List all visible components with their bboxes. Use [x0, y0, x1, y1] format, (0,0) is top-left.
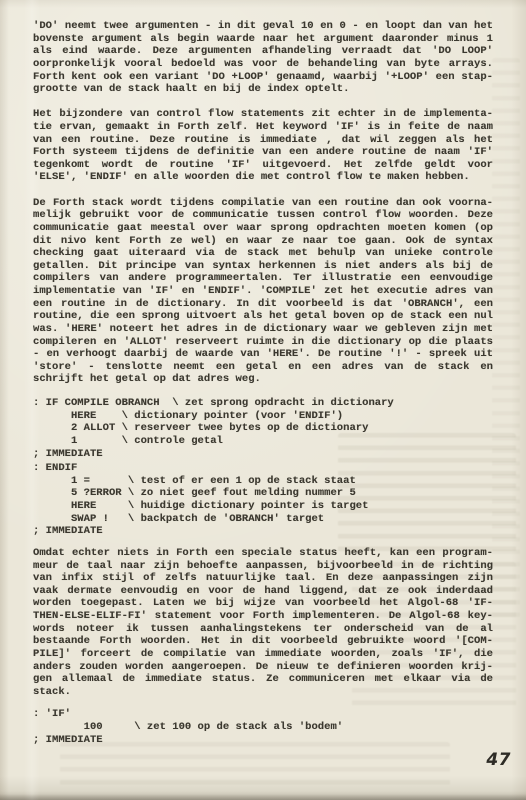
text-line: compilers van andere programmeertalen. T… [33, 272, 493, 285]
text-line: van infix stijl of zelfs natuurlijke taa… [33, 572, 493, 585]
code-line: : IF COMPILE OBRANCH \ zet sprong opdrac… [33, 397, 493, 410]
text-line: communicatie gaat meestal over waar spro… [33, 222, 493, 235]
text-line: Forth systeem tijdens de definitie van e… [33, 146, 493, 159]
text-line: - en verhoogt daarbij de waarde van 'HER… [33, 348, 493, 361]
page-number: 47 [486, 750, 511, 770]
text-line: grootte van de stack haalt en bij de ind… [33, 83, 493, 96]
text-line: anders zouden worden aangeroepen. De nie… [33, 661, 493, 674]
code-line: ; IMMEDIATE [33, 448, 493, 461]
paragraph-customization: Omdat echter niets in Forth een speciale… [33, 547, 493, 699]
scanned-document-page: 'DO' neemt twee argumenten - in dit geva… [0, 0, 526, 800]
text-line: stack. [33, 686, 493, 699]
text-line: getallen. Dit principe van syntax herken… [33, 260, 493, 273]
paragraph-control-flow: Het bijzondere van control flow statemen… [33, 108, 493, 184]
code-line: ; IMMEDIATE [33, 525, 493, 538]
text-line: tegenkomt wordt de routine 'IF' uitgevoe… [33, 159, 493, 172]
text-line: implementatie van 'IF' en 'ENDIF'. 'COMP… [33, 285, 493, 298]
text-line: worden toegepast. Laten we bij wijze van… [33, 597, 493, 610]
text-line: was. 'HERE' noteert het adres in de dict… [33, 323, 493, 336]
code-line: 5 ?ERROR \ zo niet geef fout melding num… [33, 487, 493, 500]
code-line: : 'IF' [33, 708, 493, 721]
code-line: ; IMMEDIATE [33, 734, 493, 747]
text-line: een routine in de dictionary. In dit voo… [33, 298, 493, 311]
text-line: Omdat echter niets in Forth een speciale… [33, 547, 493, 560]
text-line: PILE]' forceert de compilatie van immedi… [33, 648, 493, 661]
code-endif-definition: : ENDIF 1 = \ test of er een 1 op de sta… [33, 462, 493, 538]
text-line: van een routine. Deze routine is immedia… [33, 134, 493, 147]
text-segment: van een routine. Deze routine is [33, 134, 260, 146]
text-line: melijk gebruikt voor de communicatie tus… [33, 209, 493, 222]
underlined-word: immediate [260, 134, 317, 147]
text-line: 'store' - tenslotte neemt een getal en e… [33, 361, 493, 374]
page-text: 'DO' neemt twee argumenten - in dit geva… [33, 20, 493, 746]
code-line: : ENDIF [33, 462, 493, 475]
bleed-through-texture [60, 742, 450, 788]
text-line: tie ervan, gemaakt in Forth zelf. Het ke… [33, 121, 493, 134]
text-line: gen allemaal de immediate status. Ze com… [33, 673, 493, 686]
text-line: THEN-ELSE-ELIF-FI' statement voor Forth … [33, 610, 493, 623]
paragraph-do-loop: 'DO' neemt twee argumenten - in dit geva… [33, 20, 493, 96]
text-line: words noteer ik tussen aanhalingstekens … [33, 623, 493, 636]
text-segment: , dat wil zeggen als het [317, 134, 493, 146]
text-line: bovenste argument als begin waarde naar … [33, 33, 493, 46]
text-line: meur de taal naar zijn behoefte aanpasse… [33, 560, 493, 573]
code-line: 100 \ zet 100 op de stack als 'bodem' [33, 721, 493, 734]
code-line: HERE \ huidige dictionary pointer is tar… [33, 500, 493, 513]
code-line: 1 \ controle getal [33, 435, 493, 448]
code-if-definition: : IF COMPILE OBRANCH \ zet sprong opdrac… [33, 397, 493, 460]
code-line: SWAP ! \ backpatch de 'OBRANCH' target [33, 513, 493, 526]
text-line: als eind waarde. Deze argumenten afhande… [33, 45, 493, 58]
text-line: dit nivo kent Forth ze wel) en waar ze n… [33, 235, 493, 248]
text-line: De Forth stack wordt tijdens compilatie … [33, 197, 493, 210]
text-line: checking gaat uiteraard via de stack met… [33, 247, 493, 260]
text-line: 'ELSE', 'ENDIF' en alle woorden die met … [33, 171, 493, 184]
paragraph-forth-stack: De Forth stack wordt tijdens compilatie … [33, 197, 493, 386]
text-line: Forth kent ook een variant 'DO +LOOP' ge… [33, 71, 493, 84]
text-line: compileren en 'ALLOT' reserveert ruimte … [33, 336, 493, 349]
code-line: 1 = \ test of er een 1 op de stack staat [33, 475, 493, 488]
text-line: routine, die een sprong uitvoert als het… [33, 310, 493, 323]
text-line: schrijft het getal op dat adres weg. [33, 373, 493, 386]
code-quoted-if-definition: : 'IF' 100 \ zet 100 op de stack als 'bo… [33, 708, 493, 746]
bleed-through-texture [492, 58, 520, 618]
scan-bottom-shadow [0, 794, 526, 800]
text-line: vaak dermate eenvoudig en voor de hand l… [33, 585, 493, 598]
text-line: 'DO' neemt twee argumenten - in dit geva… [33, 20, 493, 33]
text-line: bestaande Forth woorden. Het in dit voor… [33, 635, 493, 648]
code-line: HERE \ dictionary pointer (voor 'ENDIF') [33, 410, 493, 423]
text-line: Het bijzondere van control flow statemen… [33, 108, 493, 121]
text-line: oorpronkelijk vooral bedoeld was voor de… [33, 58, 493, 71]
code-line: 2 ALLOT \ reserveer twee bytes op de dic… [33, 422, 493, 435]
